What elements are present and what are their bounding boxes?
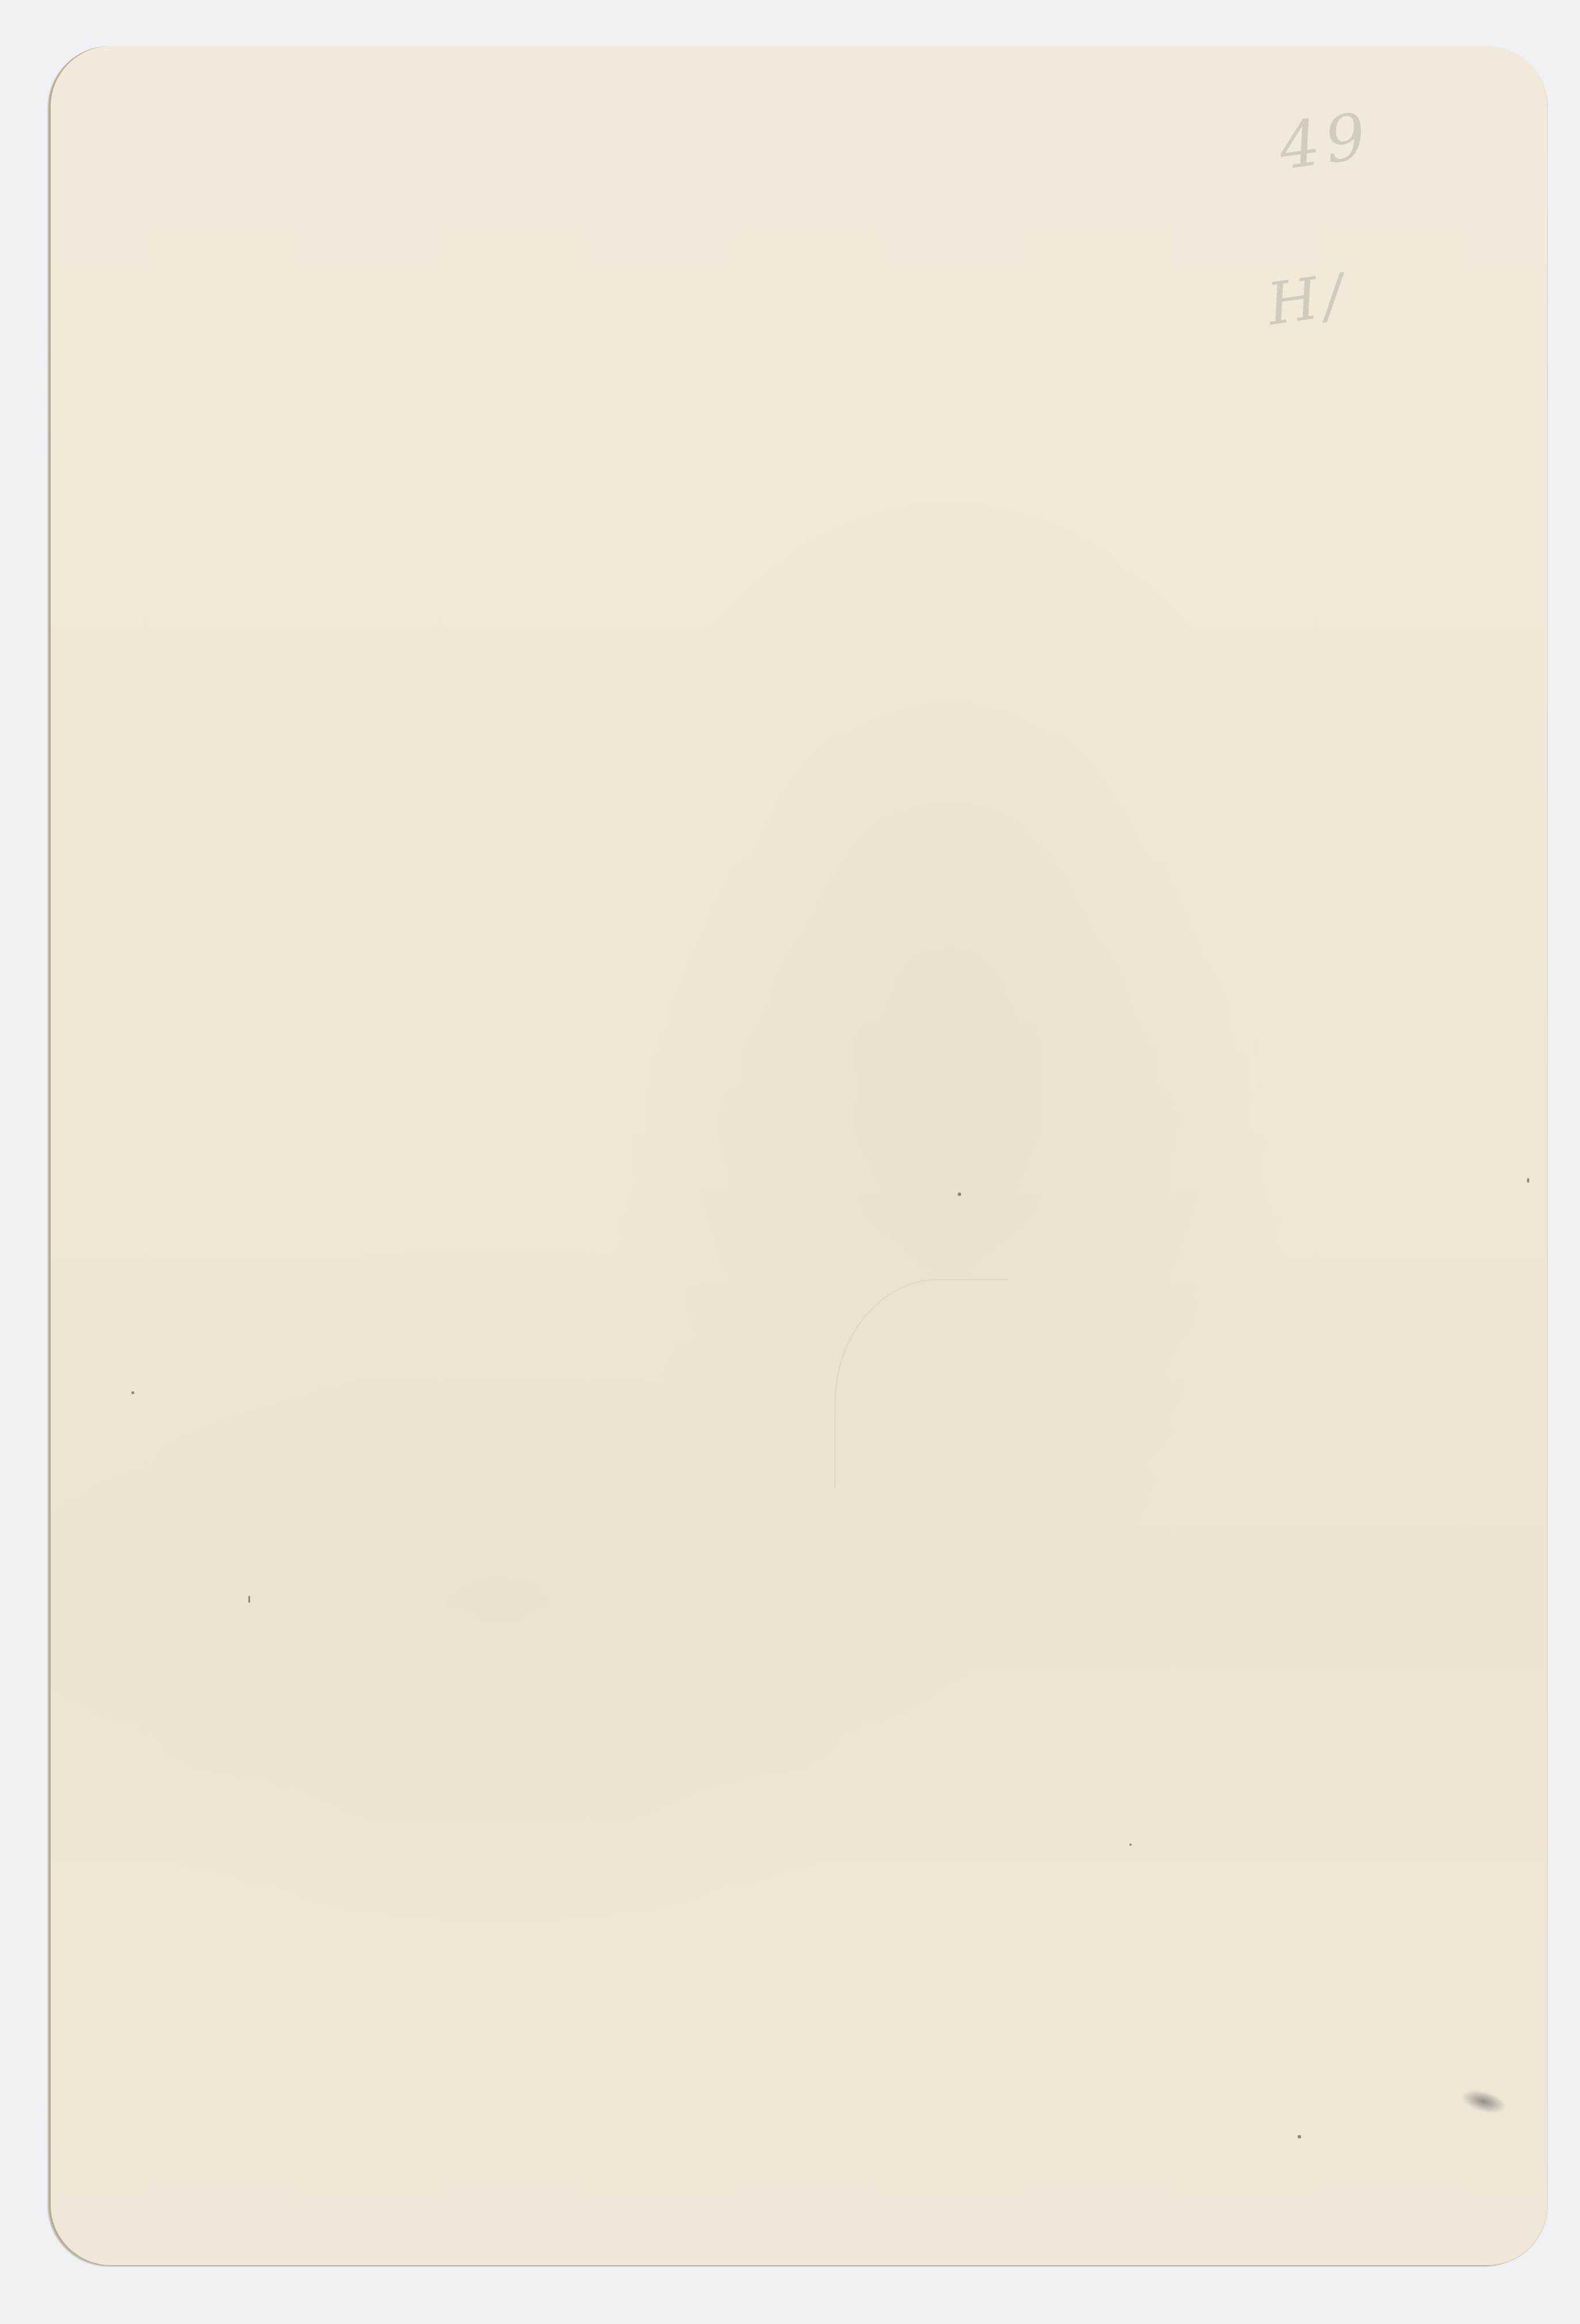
paper-speck xyxy=(1298,2135,1301,2138)
paper-speck xyxy=(1527,1178,1529,1183)
card-back xyxy=(51,46,1547,2265)
paper-speck xyxy=(248,1596,250,1603)
paper-speck xyxy=(958,1193,961,1196)
pencil-annotation-bottom: H/ xyxy=(1264,266,1352,334)
paper-crease xyxy=(834,1279,1008,1487)
paper-speck xyxy=(1129,1844,1132,1846)
pencil-annotation-top: 49 xyxy=(1275,103,1375,179)
paper-speck xyxy=(131,1391,134,1394)
